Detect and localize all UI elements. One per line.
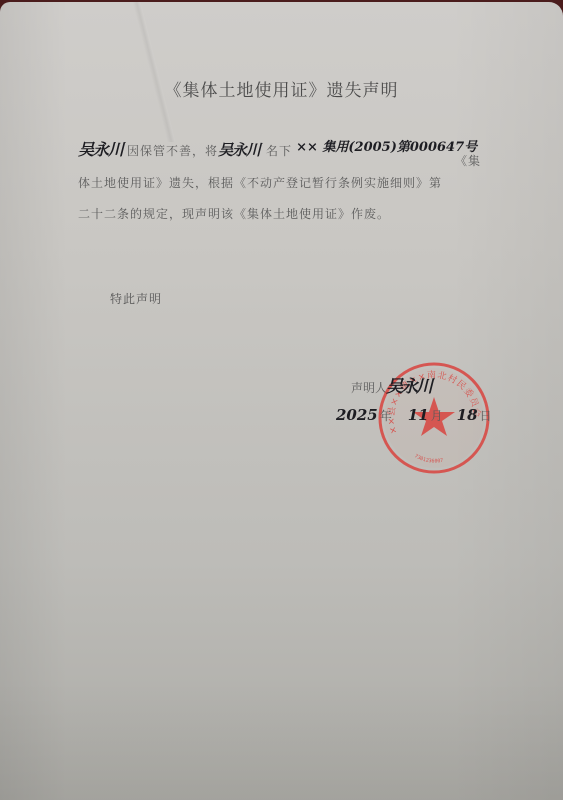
body-text-2: 名下	[266, 144, 292, 158]
body-line-1-tail: 《集	[455, 152, 495, 169]
date-year: 2025	[336, 406, 378, 424]
body-line-3: 二十二条的规定，现声明该《集体土地使用证》作废。	[78, 205, 493, 222]
document-photo: 《集体土地使用证》遗失声明 吴永川因保管不善，将吴永川名下×× 集用(2005)…	[0, 0, 563, 800]
handwritten-cert-number: ×× 集用(2005)第000647号	[296, 140, 477, 155]
body-line-1: 吴永川因保管不善，将吴永川名下×× 集用(2005)第000647号	[78, 137, 493, 160]
date-month: 11	[408, 406, 429, 424]
document-title: 《集体土地使用证》遗失声明	[0, 76, 563, 101]
declaration-date: 2025年11月18日	[336, 406, 492, 424]
date-month-suffix: 月	[431, 409, 443, 423]
declarant-signature: 吴永川	[386, 372, 431, 397]
closing-statement: 特此声明	[110, 290, 162, 307]
body-line-2: 体土地使用证》遗失，根据《不动产登记暂行条例实施细则》第	[78, 174, 493, 191]
date-day-suffix: 日	[480, 409, 492, 423]
date-year-suffix: 年	[380, 409, 392, 423]
paper-sheet: 《集体土地使用证》遗失声明 吴永川因保管不善，将吴永川名下×× 集用(2005)…	[0, 2, 563, 800]
paper-crease	[133, 2, 176, 142]
date-day: 18	[457, 406, 478, 424]
body-text-1: 因保管不善，将	[127, 144, 218, 158]
paper-shadow	[0, 680, 563, 800]
handwritten-name: 吴永川	[78, 140, 123, 159]
handwritten-owner: 吴永川	[218, 141, 260, 159]
